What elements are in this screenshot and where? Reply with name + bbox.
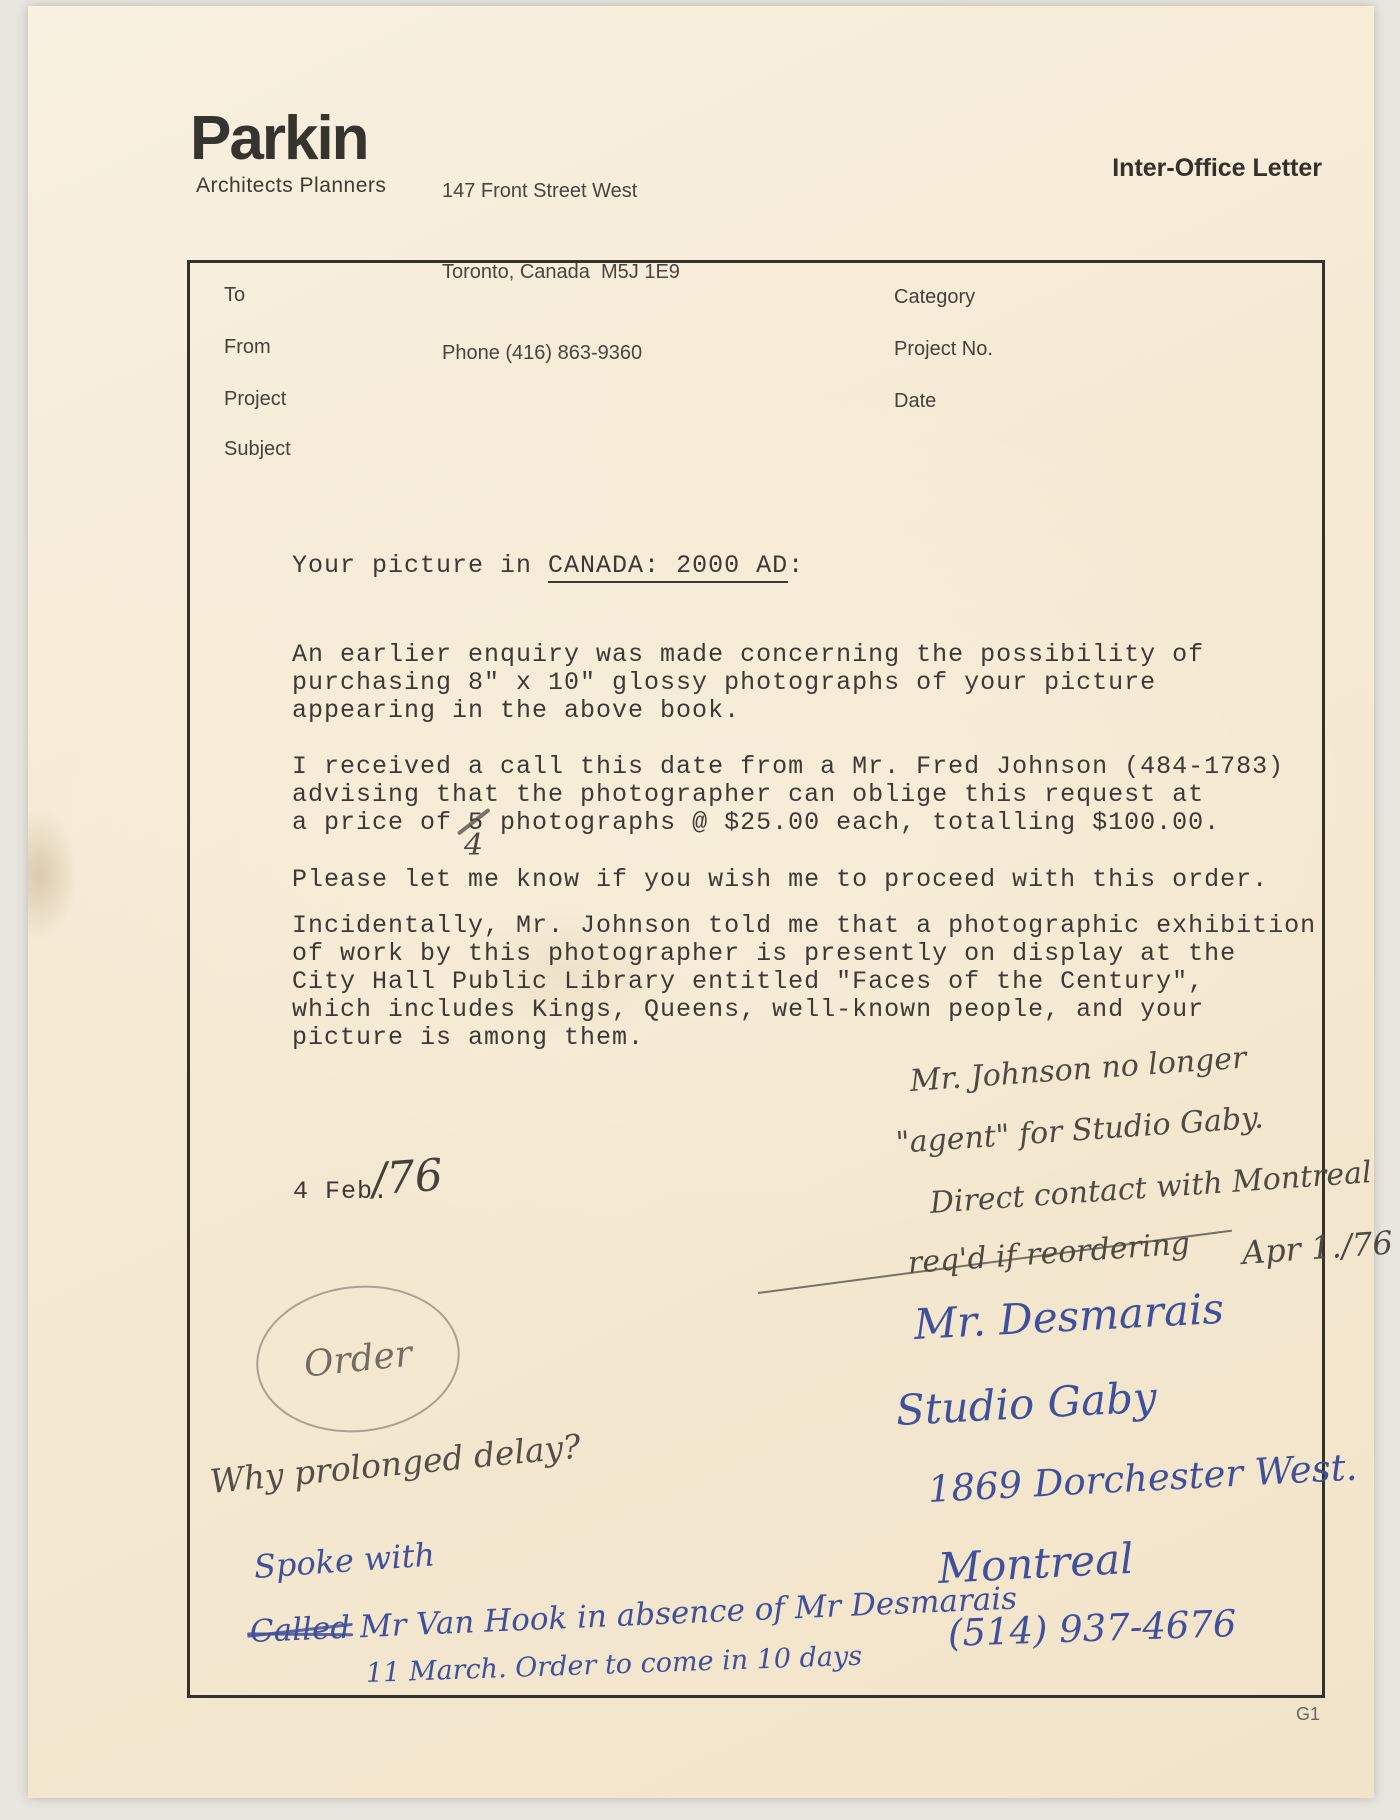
subject-line: Your picture in CANADA: 2000 AD:: [292, 552, 804, 580]
paragraph2-line2: advising that the photographer can oblig…: [292, 781, 1204, 809]
subject-suffix: :: [788, 551, 804, 580]
order-circled-word: Order: [302, 1333, 414, 1385]
form-label-from: From: [224, 336, 271, 359]
form-label-date: Date: [894, 390, 936, 413]
paragraph1-line1: An earlier enquiry was made concerning t…: [292, 641, 1204, 669]
form-label-project-no: Project No.: [894, 338, 993, 361]
form-label-category: Category: [894, 286, 975, 309]
paragraph1-line2: purchasing 8" x 10" glossy photographs o…: [292, 669, 1156, 697]
address-line-1: 147 Front Street West: [442, 178, 680, 205]
company-logo: Parkin: [190, 108, 368, 170]
paragraph2-line1: I received a call this date from a Mr. F…: [292, 753, 1284, 781]
paragraph4-line1: Incidentally, Mr. Johnson told me that a…: [292, 912, 1316, 940]
quantity-correction-handwritten: 4: [464, 828, 483, 863]
company-tagline: Architects Planners: [196, 174, 386, 198]
paper-sheet: Parkin Architects Planners 147 Front Str…: [28, 6, 1374, 1798]
page-code: G1: [1296, 1704, 1320, 1725]
form-label-project: Project: [224, 388, 286, 411]
form-label-to: To: [224, 284, 245, 307]
called-struck-word: Called: [249, 1610, 351, 1650]
form-label-subject: Subject: [224, 438, 291, 461]
paragraph2-line3: a price of 5 photographs @ $25.00 each, …: [292, 809, 1220, 837]
scanned-letter: Parkin Architects Planners 147 Front Str…: [0, 0, 1400, 1820]
document-type-title: Inter-Office Letter: [1060, 154, 1322, 183]
paragraph4-line3: City Hall Public Library entitled "Faces…: [292, 968, 1204, 996]
paragraph4-line2: of work by this photographer is presentl…: [292, 940, 1236, 968]
subject-prefix: Your picture in: [292, 551, 548, 580]
paragraph4-line5: picture is among them.: [292, 1024, 644, 1052]
price-line-pre: a price of: [292, 808, 468, 837]
subject-underlined: CANADA: 2000 AD: [548, 551, 788, 583]
paragraph1-line3: appearing in the above book.: [292, 697, 740, 725]
handwritten-year: /76: [370, 1150, 444, 1206]
price-line-post: photographs @ $25.00 each, totalling $10…: [484, 808, 1220, 837]
paragraph3-line1: Please let me know if you wish me to pro…: [292, 866, 1268, 894]
paragraph4-line4: which includes Kings, Queens, well-known…: [292, 996, 1204, 1024]
